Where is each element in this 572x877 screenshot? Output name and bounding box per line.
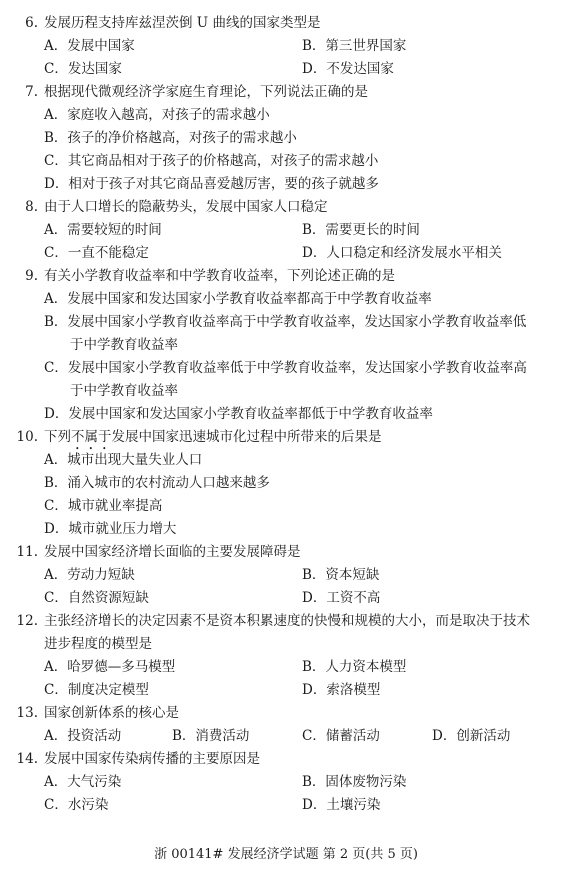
option-label: D．: [44, 521, 68, 537]
question-text: 主张经济增长的决定因素不是资本积累速度的快慢和规模的大小，而是取决于技术: [44, 612, 530, 630]
option-d: D．人口稳定和经济发展水平相关: [302, 244, 502, 262]
question-text: 发展历程支持库兹涅茨倒 U 曲线的国家类型是: [44, 14, 320, 32]
option-a: A．发展中国家和发达国家小学教育收益率都高于中学教育收益率: [44, 290, 432, 308]
option-b: B．发展中国家小学教育收益率高于中学教育收益率，发达国家小学教育收益率低: [44, 313, 526, 331]
option-d: D．发展中国家和发达国家小学教育收益率都低于中学教育收益率: [44, 405, 433, 423]
option-text: 储蓄活动: [326, 728, 380, 744]
question-text-after: 发展中国家迅速城市化过程中所带来的后果是: [112, 429, 382, 445]
question-number: 10.: [0, 428, 38, 446]
option-label: C．: [44, 61, 68, 77]
option-text: 需要更长的时间: [325, 222, 420, 238]
option-c: C．储蓄活动: [302, 727, 380, 745]
option-label: D．: [302, 682, 326, 698]
option-text: 制度决定模型: [68, 682, 149, 698]
option-label: D．: [44, 406, 68, 422]
option-label: A．: [44, 222, 67, 238]
option-label: D．: [44, 176, 68, 192]
option-text: 固体废物污染: [325, 774, 406, 790]
option-label: B．: [302, 567, 325, 583]
option-text: 发展中国家小学教育收益率低于中学教育收益率，发达国家小学教育收益率高: [68, 360, 527, 376]
option-text: 索洛模型: [326, 682, 380, 698]
option-text: 发展中国家和发达国家小学教育收益率都低于中学教育收益率: [68, 406, 433, 422]
option-a: A．需要较短的时间: [44, 221, 162, 239]
question-text-continuation: 进步程度的模型是: [44, 635, 152, 653]
option-label: C．: [44, 245, 68, 261]
option-text: 不发达国家: [326, 61, 394, 77]
option-text: 投资活动: [67, 728, 121, 744]
option-b: B．孩子的净价格越高，对孩子的需求越小: [44, 129, 297, 147]
option-label: B．: [172, 728, 195, 744]
option-text: 家庭收入越高，对孩子的需求越小: [67, 107, 270, 123]
question-number: 8.: [0, 198, 38, 216]
option-c: C．城市就业率提高: [44, 497, 162, 515]
emphasis-text: 不属于: [71, 429, 112, 445]
option-b: B．需要更长的时间: [302, 221, 420, 239]
option-label: D．: [302, 797, 326, 813]
option-d: D．土壤污染: [302, 796, 380, 814]
option-label: D．: [302, 61, 326, 77]
option-label: B．: [302, 222, 325, 238]
option-label: B．: [302, 38, 325, 54]
option-a: A．劳动力短缺: [44, 566, 135, 584]
option-b: B．第三世界国家: [302, 37, 406, 55]
option-label: C．: [302, 728, 326, 744]
option-text: 需要较短的时间: [67, 222, 162, 238]
option-label: B．: [44, 130, 67, 146]
option-d: D．索洛模型: [302, 681, 380, 699]
question-number: 12.: [0, 612, 38, 630]
option-text: 自然资源短缺: [68, 590, 149, 606]
question-text-before: 下列: [44, 429, 71, 445]
option-label: C．: [44, 153, 68, 169]
option-label: D．: [302, 590, 326, 606]
option-text: 资本短缺: [325, 567, 379, 583]
option-text: 哈罗德—多马模型: [67, 659, 175, 675]
page-footer: 浙 00141# 发展经济学试题 第 2 页(共 5 页): [0, 846, 572, 864]
option-d: D．创新活动: [432, 727, 510, 745]
option-label: A．: [44, 38, 67, 54]
option-label: D．: [302, 245, 326, 261]
option-label: B．: [302, 774, 325, 790]
option-c: C．自然资源短缺: [44, 589, 149, 607]
option-c: C．发展中国家小学教育收益率低于中学教育收益率，发达国家小学教育收益率高: [44, 359, 527, 377]
option-a: A．发展中国家: [44, 37, 135, 55]
option-a: A．城市出现大量失业人口: [44, 451, 202, 469]
option-text: 城市就业压力增大: [68, 521, 176, 537]
option-label: A．: [44, 774, 67, 790]
question-text: 国家创新体系的核心是: [44, 704, 179, 722]
option-text: 水污染: [68, 797, 109, 813]
question-text: 根据现代微观经济学家庭生育理论，下列说法正确的是: [44, 83, 368, 101]
question-number: 6.: [0, 14, 38, 32]
option-text: 人口稳定和经济发展水平相关: [326, 245, 502, 261]
option-text: 相对于孩子对其它商品喜爱越厉害，要的孩子就越多: [68, 176, 379, 192]
option-label: C．: [44, 360, 68, 376]
option-label: C．: [44, 682, 68, 698]
option-text: 发展中国家: [67, 38, 135, 54]
option-label: D．: [432, 728, 456, 744]
option-c: C．其它商品相对于孩子的价格越高，对孩子的需求越小: [44, 152, 378, 170]
option-c: C．发达国家: [44, 60, 122, 78]
option-label: B．: [302, 659, 325, 675]
option-a: A．哈罗德—多马模型: [44, 658, 175, 676]
option-d: D．相对于孩子对其它商品喜爱越厉害，要的孩子就越多: [44, 175, 379, 193]
option-d: D．不发达国家: [302, 60, 394, 78]
option-text: 工资不高: [326, 590, 380, 606]
option-c: C．制度决定模型: [44, 681, 149, 699]
option-d: D．工资不高: [302, 589, 380, 607]
option-text: 其它商品相对于孩子的价格越高，对孩子的需求越小: [68, 153, 379, 169]
option-b-continuation: 于中学教育收益率: [70, 336, 178, 354]
option-b: B．人力资本模型: [302, 658, 406, 676]
option-text: 第三世界国家: [325, 38, 406, 54]
option-text: 创新活动: [456, 728, 510, 744]
option-label: B．: [44, 475, 67, 491]
option-label: B．: [44, 314, 67, 330]
question-number: 11.: [0, 543, 38, 561]
option-b: B．消费活动: [172, 727, 249, 745]
option-b: B．固体废物污染: [302, 773, 406, 791]
question-text: 发展中国家经济增长面临的主要发展障碍是: [44, 543, 301, 561]
option-text: 发达国家: [68, 61, 122, 77]
option-label: C．: [44, 797, 68, 813]
question-text: 由于人口增长的隐蔽势头，发展中国家人口稳定: [44, 198, 328, 216]
option-a: A．家庭收入越高，对孩子的需求越小: [44, 106, 270, 124]
question-number: 7.: [0, 83, 38, 101]
option-label: A．: [44, 452, 67, 468]
option-text: 发展中国家小学教育收益率高于中学教育收益率，发达国家小学教育收益率低: [67, 314, 526, 330]
question-text: 发展中国家传染病传播的主要原因是: [44, 750, 260, 768]
option-text: 城市出现大量失业人口: [67, 452, 202, 468]
option-text: 土壤污染: [326, 797, 380, 813]
option-text: 涌入城市的农村流动人口越来越多: [67, 475, 270, 491]
option-label: A．: [44, 567, 67, 583]
option-text: 消费活动: [195, 728, 249, 744]
option-text: 孩子的净价格越高，对孩子的需求越小: [67, 130, 297, 146]
option-c-continuation: 于中学教育收益率: [70, 382, 178, 400]
option-text: 发展中国家和发达国家小学教育收益率都高于中学教育收益率: [67, 291, 432, 307]
option-label: C．: [44, 590, 68, 606]
option-label: A．: [44, 659, 67, 675]
question-text: 有关小学教育收益率和中学教育收益率，下列论述正确的是: [44, 267, 395, 285]
option-text: 劳动力短缺: [67, 567, 135, 583]
option-label: A．: [44, 291, 67, 307]
option-text: 一直不能稳定: [68, 245, 149, 261]
option-c: C．水污染: [44, 796, 108, 814]
option-b: B．涌入城市的农村流动人口越来越多: [44, 474, 270, 492]
option-d: D．城市就业压力增大: [44, 520, 176, 538]
option-a: A．大气污染: [44, 773, 121, 791]
question-text: 下列不属于发展中国家迅速城市化过程中所带来的后果是: [44, 428, 382, 446]
question-number: 9.: [0, 267, 38, 285]
option-c: C．一直不能稳定: [44, 244, 149, 262]
option-b: B．资本短缺: [302, 566, 379, 584]
option-text: 城市就业率提高: [68, 498, 163, 514]
option-text: 大气污染: [67, 774, 121, 790]
option-label: A．: [44, 728, 67, 744]
option-label: C．: [44, 498, 68, 514]
question-number: 14.: [0, 750, 38, 768]
question-number: 13.: [0, 704, 38, 722]
option-text: 人力资本模型: [325, 659, 406, 675]
option-a: A．投资活动: [44, 727, 121, 745]
option-label: A．: [44, 107, 67, 123]
